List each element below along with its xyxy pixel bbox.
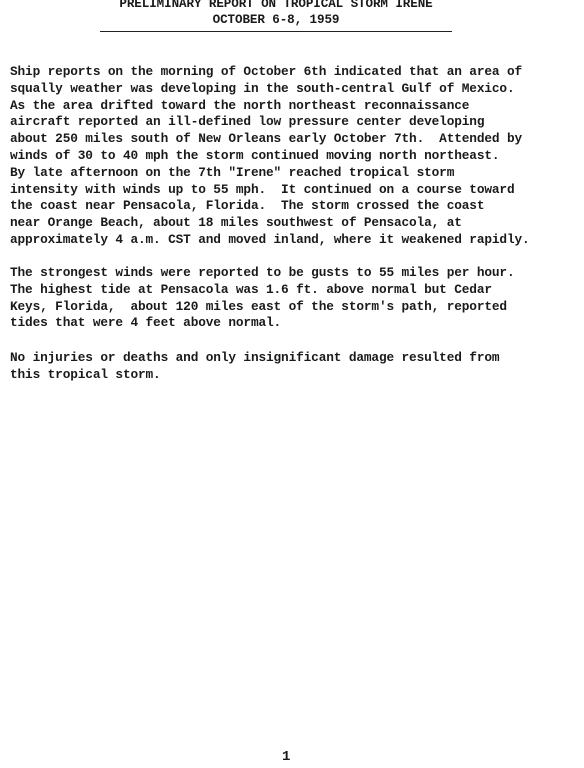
paragraph-winds-and-tides: The strongest winds were reported to be …: [10, 265, 584, 332]
page-number: 1: [282, 749, 290, 765]
title-underline: [100, 31, 452, 32]
paragraph-damage: No injuries or deaths and only insignifi…: [10, 350, 584, 384]
title-line-2: OCTOBER 6-8, 1959: [100, 12, 452, 28]
paragraph-storm-history: Ship reports on the morning of October 6…: [10, 64, 584, 249]
title-line-1: PRELIMINARY REPORT ON TROPICAL STORM IRE…: [119, 0, 432, 11]
document-title: PRELIMINARY REPORT ON TROPICAL STORM IRE…: [100, 0, 452, 28]
